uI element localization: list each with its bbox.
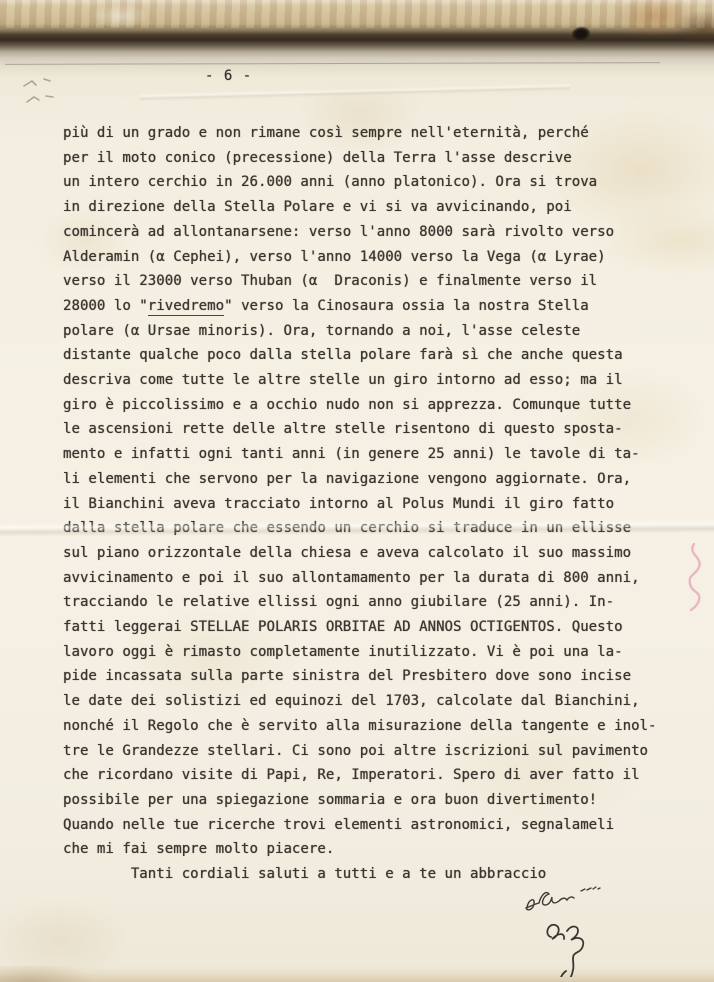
typewritten-line: che ricordano visite di Papi, Re, Impera… [63,763,669,788]
typewritten-line: comincerà ad allontanarsene: verso l'ann… [63,220,669,245]
typewritten-line: tracciando le relative ellissi ogni anno… [63,590,669,615]
page-number: - 6 - [205,68,252,84]
typewritten-line: lavoro oggi è rimasto completamente inut… [63,640,669,665]
paper-edge-texture [0,0,714,28]
underlined-word: rivedremo [148,298,224,316]
typewritten-line: Alderamin (α Cephei), verso l'anno 14000… [63,245,669,270]
line-segment: " verso la Cinosaura ossia la nostra Ste… [224,298,589,314]
typewritten-line: in direzione della Stella Polare e vi si… [63,195,669,220]
typewritten-line: Quando nelle tue ricerche trovi elementi… [63,813,669,838]
typewritten-line: per il moto conico (precessione) della T… [63,146,669,171]
typewritten-line: pide incassata sulla parte sinistra del … [63,664,669,689]
line-segment: 28000 lo " [63,298,148,314]
typewritten-line: distante qualche poco dalla stella polar… [63,343,669,368]
typewritten-line: polare (α Ursae minoris). Ora, tornando … [63,319,669,344]
typewritten-line: giro è piccolissimo e a occhio nudo non … [63,393,669,418]
typewritten-line: descriva come tutte le altre stelle un g… [63,368,669,393]
scan-hairline [5,62,660,65]
typewritten-line: possibile per una spiegazione sommaria e… [63,788,669,813]
typewritten-line: più di un grado e non rimane così sempre… [63,121,669,146]
scanned-letter-page: - 6 - più di un grado e non rimane così … [0,0,714,982]
page-top-edge [0,0,714,100]
pink-ink-mark [676,538,710,614]
typewritten-line: fatti leggerai STELLAE POLARIS ORBITAE A… [63,615,669,640]
paper-crease-upper [140,83,570,102]
letter-body: più di un grado e non rimane così sempre… [63,121,669,887]
typewritten-line: li elementi che servono per la navigazio… [63,467,669,492]
pencil-marks [18,74,70,114]
typewritten-line: un intero cerchio in 26.000 anni (anno p… [63,170,669,195]
typewritten-line: tre le Grandezze stellari. Ci sono poi a… [63,739,669,764]
ink-spot [571,26,591,41]
typewritten-line: il Bianchini aveva tracciato intorno al … [63,492,669,517]
typewritten-line: che mi fai sempre molto piacere. [63,837,669,862]
typewritten-line: le date dei solistizi ed equinozi del 17… [63,689,669,714]
handwritten-signature [485,882,650,977]
typewritten-line: sul piano orizzontale della chiesa e ave… [63,541,669,566]
typewritten-line: verso il 23000 verso Thuban (α Draconis)… [63,269,669,294]
typewritten-line: le ascensioni rette delle altre stelle r… [63,417,669,442]
typewritten-line: nonché il Regolo che è servito alla misu… [63,714,669,739]
typewritten-line: 28000 lo "rivedremo" verso la Cinosaura … [63,294,669,319]
typewritten-line: avvicinamento e poi il suo allontamament… [63,566,669,591]
typewritten-line: dalla stella polare che essendo un cerch… [63,516,669,541]
typewritten-line: mento e infatti ogni tanti anni (in gene… [63,442,669,467]
